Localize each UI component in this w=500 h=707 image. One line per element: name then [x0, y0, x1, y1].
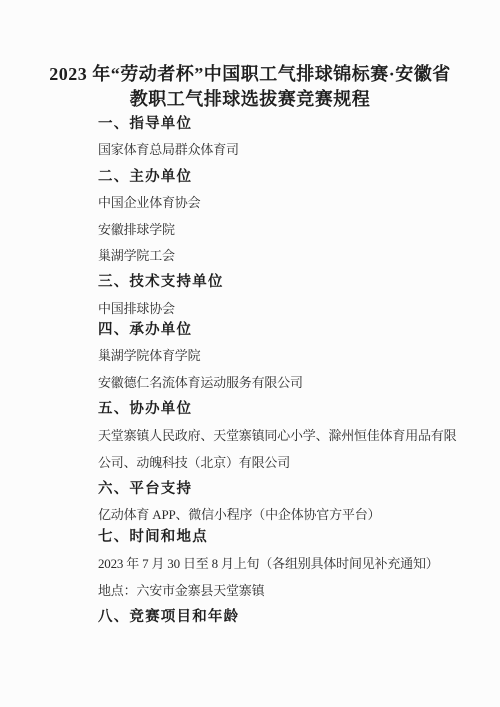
document-text-line: 地点：六安市金寨县天堂寨镇	[98, 582, 264, 600]
section-heading: 六、平台支持	[98, 480, 192, 498]
document-text-line: 国家体育总局群众体育司	[98, 141, 239, 159]
section-heading: 八、竞赛项目和年龄	[98, 608, 239, 626]
document-text-line: 巢湖学院工会	[98, 247, 175, 265]
document-text-line: 安徽排球学院	[98, 221, 175, 239]
section-heading: 三、技术支持单位	[98, 273, 224, 291]
document-text-line: 安徽德仁名流体育运动服务有限公司	[98, 374, 303, 392]
section-heading: 四、承办单位	[98, 321, 192, 339]
document-text-line: 中国企业体育协会	[98, 194, 200, 212]
section-heading: 七、时间和地点	[98, 528, 208, 546]
document-text-line: 中国排球协会	[98, 300, 175, 318]
section-heading: 五、协办单位	[98, 400, 192, 418]
document-text-line: 亿动体育 APP、微信小程序（中企体协官方平台）	[98, 506, 380, 524]
page-title-line-1: 2023 年“劳动者杯”中国职工气排球锦标赛·安徽省	[0, 62, 500, 87]
document-page: 2023 年“劳动者杯”中国职工气排球锦标赛·安徽省 教职工气排球选拔赛竞赛规程…	[0, 0, 500, 707]
page-title: 2023 年“劳动者杯”中国职工气排球锦标赛·安徽省 教职工气排球选拔赛竞赛规程	[0, 62, 500, 112]
section-heading: 二、主办单位	[98, 168, 192, 186]
section-heading: 一、指导单位	[98, 115, 192, 133]
document-text-line: 天堂寨镇人民政府、天堂寨镇同心小学、滁州恒佳体育用品有限	[98, 427, 456, 445]
page-title-line-2: 教职工气排球选拔赛竞赛规程	[0, 87, 500, 112]
document-text-line: 巢湖学院体育学院	[98, 347, 200, 365]
document-text-line: 公司、动魄科技（北京）有限公司	[98, 454, 290, 472]
document-text-line: 2023 年 7 月 30 日至 8 月上旬（各组别具体时间见补充通知）	[98, 555, 439, 573]
